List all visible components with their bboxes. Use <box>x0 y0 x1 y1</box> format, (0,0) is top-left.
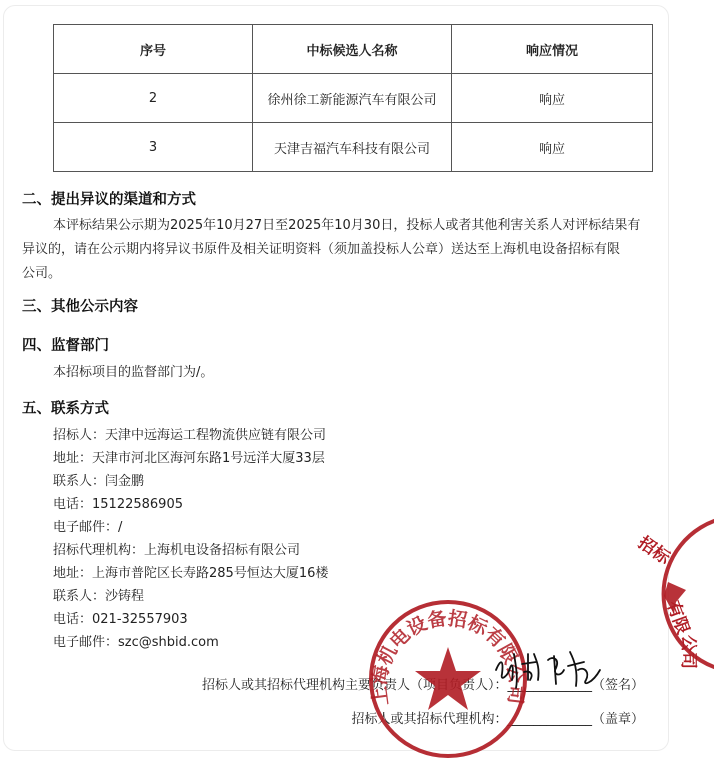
contact-agency-email: 电子邮件：szc@shbid.com <box>53 631 219 650</box>
cell-candidate-name: 徐州徐工新能源汽车有限公司 <box>253 74 452 123</box>
seal-blank: _____________ <box>507 712 592 727</box>
table-row: 2 徐州徐工新能源汽车有限公司 响应 <box>54 74 653 123</box>
seal-label: 招标人或其招标代理机构： <box>351 712 507 727</box>
signature-label: 招标人或其招标代理机构主要负责人（项目负责人）： <box>202 678 508 693</box>
svg-text:公司: 公司 <box>678 635 698 669</box>
signature-line-seal: 招标人或其招标代理机构：_____________（盖章） <box>351 708 644 727</box>
paragraph-line: 本招标项目的监督部门为/。 <box>53 361 213 380</box>
contact-tenderer-address: 地址：天津市河北区海河东路1号远洋大厦33层 <box>53 447 325 466</box>
contact-tenderer-email: 电子邮件：/ <box>53 516 122 535</box>
paragraph-line: 本评标结果公示期为2025年10月27日至2025年10月30日，投标人或者其他… <box>53 214 640 233</box>
cell-candidate-name: 天津吉福汽车科技有限公司 <box>253 123 452 172</box>
signature-suffix: （签名） <box>592 678 644 693</box>
table-header-row: 序号 中标候选人名称 响应情况 <box>54 25 653 74</box>
cell-index: 2 <box>54 74 253 123</box>
signature-line-responsible: 招标人或其招标代理机构主要负责人（项目负责人）：_____________（签名… <box>202 674 644 693</box>
seal-suffix: （盖章） <box>592 712 644 727</box>
header-candidate-name: 中标候选人名称 <box>253 25 452 74</box>
header-response-status: 响应情况 <box>452 25 653 74</box>
table-row: 3 天津吉福汽车科技有限公司 响应 <box>54 123 653 172</box>
paragraph-line: 公司。 <box>22 262 61 281</box>
section-heading-contact: 五、联系方式 <box>22 397 109 418</box>
contact-tenderer-person: 联系人：闫金鹏 <box>53 470 144 489</box>
contact-agency-person: 联系人：沙铸程 <box>53 585 144 604</box>
cell-response-status: 响应 <box>452 74 653 123</box>
cell-response-status: 响应 <box>452 123 653 172</box>
header-index: 序号 <box>54 25 253 74</box>
cell-index: 3 <box>54 123 253 172</box>
contact-tenderer-phone: 电话：15122586905 <box>53 493 183 512</box>
paragraph-line: 异议的，请在公示期内将异议书原件及相关证明资料（须加盖投标人公章）送达至上海机电… <box>22 238 620 257</box>
section-heading-supervision: 四、监督部门 <box>22 334 109 355</box>
contact-agency-phone: 电话：021-32557903 <box>53 608 188 627</box>
contact-agency-address: 地址：上海市普陀区长寿路285号恒达大厦16楼 <box>53 562 328 581</box>
contact-tenderer: 招标人：天津中远海运工程物流供应链有限公司 <box>53 424 326 443</box>
section-heading-objection: 二、提出异议的渠道和方式 <box>22 188 196 209</box>
bid-candidates-table: 序号 中标候选人名称 响应情况 2 徐州徐工新能源汽车有限公司 响应 3 天津吉… <box>53 24 653 172</box>
section-heading-other: 三、其他公示内容 <box>22 295 138 316</box>
signature-blank: _____________ <box>507 678 592 693</box>
contact-agency: 招标代理机构：上海机电设备招标有限公司 <box>53 539 300 558</box>
